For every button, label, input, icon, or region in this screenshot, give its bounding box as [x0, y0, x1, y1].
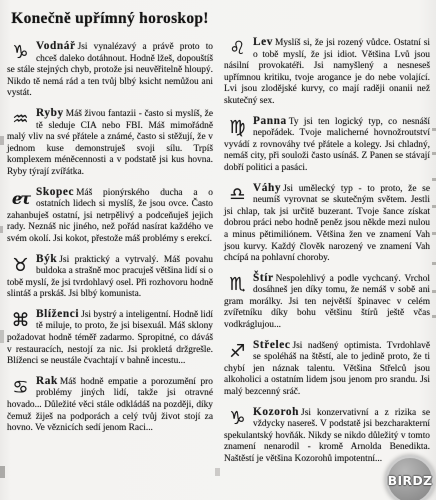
- horoscope-section-skopec: eτSkopecMáš pionýrského ducha a o ostatn…: [7, 187, 213, 246]
- page-title: Konečně upřímný horoskop!: [7, 10, 213, 28]
- sign-name: Býk: [36, 253, 59, 265]
- zodiac-virgo-icon: ♍: [225, 117, 250, 138]
- zodiac-taurus-icon: ♉: [8, 255, 33, 276]
- sign-text: Jsi umělecký typ - to proto, že se neumí…: [224, 184, 430, 264]
- birdz-watermark-label: BIRDZ: [388, 473, 433, 488]
- sign-name: Blíženci: [36, 308, 81, 320]
- horoscope-section-stir: ♏ŠtírNespolehlivý a podle vychcaný. Vrch…: [224, 273, 430, 332]
- horoscope-section-ryby: ♒RybyMáš živou fantazii - často si myslí…: [7, 108, 213, 179]
- scan-artifact: [432, 178, 436, 181]
- scan-artifact: [432, 290, 436, 293]
- scan-artifact: [432, 262, 436, 265]
- scan-artifact: [0, 466, 5, 478]
- scan-artifact: [432, 315, 436, 318]
- zodiac-capricorn-icon: ♑: [225, 408, 250, 429]
- sign-name: Kozoroh: [253, 406, 301, 418]
- sign-name: Skopec: [36, 186, 76, 198]
- horoscope-section-vahy: ♎VáhyJsi umělecký typ - to proto, že se …: [224, 183, 430, 265]
- sign-name: Ryby: [36, 107, 66, 119]
- sign-name: Střelec: [253, 339, 292, 351]
- zodiac-cancer-icon: ♋: [8, 377, 33, 398]
- birdz-watermark: BIRDZ: [385, 455, 435, 500]
- sign-name: Lev: [253, 36, 275, 48]
- horoscope-section-lev: ♌LevMyslíš si, že jsi rozený vůdce. Osta…: [224, 37, 430, 108]
- scan-artifact: [432, 205, 436, 208]
- sign-name: Štír: [253, 272, 276, 284]
- sign-name: Váhy: [253, 182, 283, 194]
- sign-text: Myslíš si, že jsi rozený vůdce. Ostatní …: [224, 38, 430, 106]
- sign-name: Panna: [253, 115, 289, 127]
- horoscope-section-byk: ♉BýkJsi praktický a vytrvalý. Máš povahu…: [7, 254, 213, 301]
- horoscope-section-vodnar: ♑VodnářJsi vynalézavý a právě proto to c…: [7, 41, 213, 100]
- sign-name: Vodnář: [36, 40, 78, 52]
- scan-artifact: [0, 226, 3, 233]
- zodiac-sagittarius-icon: ♐: [225, 341, 250, 362]
- scan-artifact: [432, 232, 436, 235]
- horoscope-section-panna: ♍PannaTy jsi ten logický typ, co nesnáší…: [224, 116, 430, 175]
- zodiac-scorpio-icon: ♏: [225, 274, 250, 295]
- zodiac-aquarius-icon: ♒: [8, 109, 33, 130]
- horoscope-section-blizenci: ⌘BlíženciJsi bystrý a inteligentní. Hodn…: [7, 309, 213, 368]
- horoscope-section-strelec: ♐StřelecJsi nadšený optimista. Tvrdohlav…: [224, 340, 430, 399]
- zodiac-leo-icon: ♌: [225, 38, 250, 59]
- scan-artifact: [215, 468, 220, 476]
- horoscope-section-rak: ♋RakMáš hodně empatie a porozumění pro p…: [7, 376, 213, 435]
- scan-artifact: [0, 330, 4, 343]
- zodiac-gemini-icon: ⌘: [8, 310, 33, 331]
- zodiac-libra-icon: ♎: [225, 184, 250, 205]
- text-columns: Konečně upřímný horoskop! ♑VodnářJsi vyn…: [0, 0, 436, 474]
- sign-text: Máš živou fantazii - často si myslíš, že…: [7, 109, 213, 177]
- zodiac-aries-icon: eτ: [8, 188, 33, 209]
- scan-artifact: [0, 136, 4, 145]
- scanned-page: Konečně upřímný horoskop! ♑VodnářJsi vyn…: [0, 0, 436, 500]
- scan-artifact: [432, 128, 436, 131]
- zodiac-capricorn-icon: ♑: [8, 42, 33, 63]
- right-column: ♌LevMyslíš si, že jsi rozený vůdce. Osta…: [224, 6, 430, 474]
- scan-artifact: [432, 152, 436, 155]
- sign-name: Rak: [36, 375, 60, 387]
- left-column: Konečně upřímný horoskop! ♑VodnářJsi vyn…: [7, 6, 213, 474]
